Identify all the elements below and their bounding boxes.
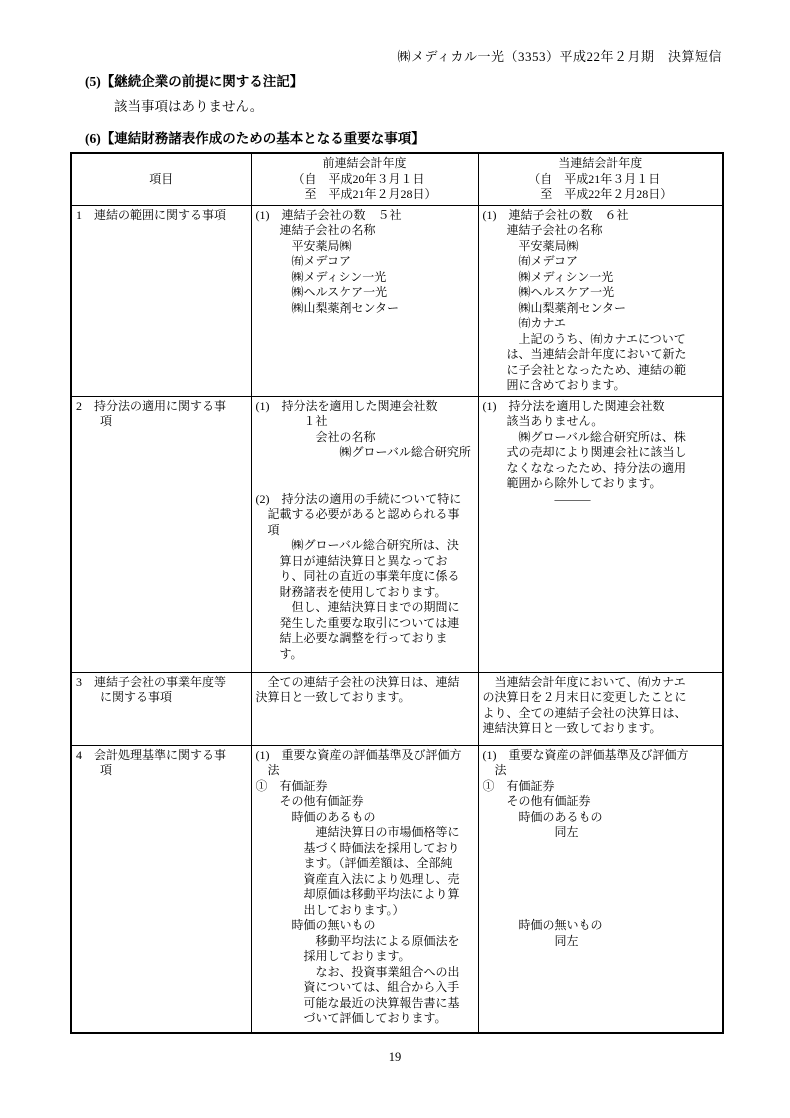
header-item-column: 項目 xyxy=(71,153,251,205)
item-cell: 2 持分法の適用に関する事 項 xyxy=(71,396,251,672)
prev-year-period: （自 平成20年３月１日 至 平成21年２月28日） xyxy=(292,172,436,203)
curr-year-cell: (1) 連結子会社の数 ６社 連結子会社の名称 平安薬局㈱ ㈲メデコア ㈱メディ… xyxy=(478,205,723,396)
prev-year-cell: (1) 持分法を適用した関連会社数 １社 会社の名称 ㈱グローバル総合研究所 (… xyxy=(251,396,478,672)
prev-year-cell: 全ての連結子会社の決算日は、連結 決算日と一致しております。 xyxy=(251,672,478,745)
table-header-row: 項目 前連結会計年度 （自 平成20年３月１日 至 平成21年２月28日） 当連… xyxy=(71,153,723,205)
curr-year-cell: 当連結会計年度において、㈲カナエ の決算日を２月末日に変更したことに より、全て… xyxy=(478,672,723,745)
item-cell: 1 連結の範囲に関する事項 xyxy=(71,205,251,396)
curr-year-title: 当連結会計年度 xyxy=(481,156,721,172)
table-row-accounting-standards: 4 会計処理基準に関する事 項 (1) 重要な資産の評価基準及び評価方 法 ① … xyxy=(71,745,723,1033)
curr-year-period: （自 平成21年３月１日 至 平成22年２月28日） xyxy=(528,172,672,203)
header-previous-fiscal-year: 前連結会計年度 （自 平成20年３月１日 至 平成21年２月28日） xyxy=(251,153,478,205)
document-page: ㈱メディカル一光（3353）平成22年２月期 決算短信 (5)【継続企業の前提に… xyxy=(0,0,790,1118)
header-item-label: 項目 xyxy=(74,172,249,188)
curr-year-cell: (1) 重要な資産の評価基準及び評価方 法 ① 有価証券 その他有価証券 時価の… xyxy=(478,745,723,1033)
table-row-equity-method: 2 持分法の適用に関する事 項 (1) 持分法を適用した関連会社数 １社 会社の… xyxy=(71,396,723,672)
section-5-heading: (5)【継続企業の前提に関する注記】 xyxy=(85,70,303,90)
prev-year-cell: (1) 連結子会社の数 ５社 連結子会社の名称 平安薬局㈱ ㈲メデコア ㈱メディ… xyxy=(251,205,478,396)
table-row-consolidation-scope: 1 連結の範囲に関する事項 (1) 連結子会社の数 ５社 連結子会社の名称 平安… xyxy=(71,205,723,396)
curr-year-cell: (1) 持分法を適用した関連会社数 該当ありません。 ㈱グローバル総合研究所は、… xyxy=(478,396,723,672)
document-title-header: ㈱メディカル一光（3353）平成22年２月期 決算短信 xyxy=(398,46,722,65)
prev-year-title: 前連結会計年度 xyxy=(254,156,476,172)
item-cell: 4 会計処理基準に関する事 項 xyxy=(71,745,251,1033)
header-current-fiscal-year: 当連結会計年度 （自 平成21年３月１日 至 平成22年２月28日） xyxy=(478,153,723,205)
section-5-body: 該当事項はありません。 xyxy=(114,95,263,115)
accounting-policies-table: 項目 前連結会計年度 （自 平成20年３月１日 至 平成21年２月28日） 当連… xyxy=(70,152,724,1034)
page-number: 19 xyxy=(0,1050,790,1065)
item-cell: 3 連結子会社の事業年度等 に関する事項 xyxy=(71,672,251,745)
section-6-heading: (6)【連結財務諸表作成のための基本となる重要な事項】 xyxy=(85,127,425,147)
prev-year-cell: (1) 重要な資産の評価基準及び評価方 法 ① 有価証券 その他有価証券 時価の… xyxy=(251,745,478,1033)
table-row-subsidiary-fiscal-year: 3 連結子会社の事業年度等 に関する事項 全ての連結子会社の決算日は、連結 決算… xyxy=(71,672,723,745)
